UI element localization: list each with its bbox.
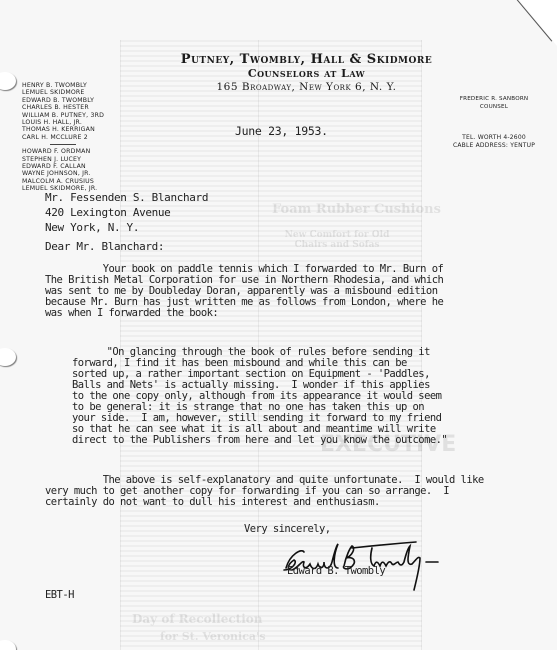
associates-names: Howard F. OrdmanStephen J. LuceyEdward F… xyxy=(22,148,104,192)
typed-signature: Edward B. Twombly xyxy=(287,566,385,577)
partner-name: Lemuel Skidmore xyxy=(22,89,104,96)
partner-name: Carl H. McClure 2 xyxy=(22,134,104,141)
cable-address: Cable Address: Yentup xyxy=(432,142,556,150)
letter-date: June 23, 1953. xyxy=(235,126,328,137)
partner-name: Howard F. Ordman xyxy=(22,148,104,155)
counsel-title: Counsel xyxy=(446,103,542,111)
quoted-passage: "On glancing through the book of rules b… xyxy=(72,347,447,446)
partner-name: Henry B. Twombly xyxy=(22,82,104,89)
letter-page: Foam Rubber Cushions New Comfort for Old… xyxy=(0,0,557,650)
counsel-block: Frederic R. Sanborn Counsel xyxy=(446,95,542,111)
body-paragraph-2: The above is self-explanatory and quite … xyxy=(45,475,484,508)
closing: Very sincerely, xyxy=(244,524,331,535)
telephone: Tel. Worth 4-2600 xyxy=(432,134,556,142)
counsel-name: Frederic R. Sanborn xyxy=(446,95,542,103)
reference-initials: EBT-H xyxy=(45,590,74,601)
partner-name: Wayne Johnson, Jr. xyxy=(22,170,104,177)
bleed-headline: for St. Veronica's xyxy=(160,630,266,643)
partner-name: Louis H. Hall, Jr. xyxy=(22,119,104,126)
body-paragraph-1: Your book on paddle tennis which I forwa… xyxy=(45,264,443,319)
bleed-subhead: New Comfort for Old Chairs and Sofas xyxy=(282,230,392,250)
partner-name: Thomas H. Kerrigan xyxy=(22,126,104,133)
partner-name: Malcolm A. Crusius xyxy=(22,178,104,185)
recipient-address: Mr. Fessenden S. Blanchard 420 Lexington… xyxy=(45,190,208,235)
firm-name: Putney, Twombly, Hall & Skidmore xyxy=(0,52,557,67)
partner-name: Edward B. Twombly xyxy=(22,97,104,104)
partner-name: Stephen J. Lucey xyxy=(22,156,104,163)
partner-name: Charles B. Hester xyxy=(22,104,104,111)
bleed-headline: Foam Rubber Cushions xyxy=(272,202,441,217)
firm-subtitle: Counselors at Law xyxy=(0,67,557,80)
partners-names: Henry B. TwomblyLemuel SkidmoreEdward B.… xyxy=(22,82,104,141)
partner-name: Edward F. Callan xyxy=(22,163,104,170)
bleed-headline: Day of Recollection xyxy=(132,612,262,626)
partner-name: William B. Putney, 3rd xyxy=(22,112,104,119)
contact-block: Tel. Worth 4-2600 Cable Address: Yentup xyxy=(432,134,556,150)
punch-hole xyxy=(0,640,16,650)
punch-hole xyxy=(0,348,16,366)
partners-divider xyxy=(50,144,76,145)
partners-list: Henry B. TwomblyLemuel SkidmoreEdward B.… xyxy=(22,82,104,193)
salutation: Dear Mr. Blanchard: xyxy=(45,241,164,252)
